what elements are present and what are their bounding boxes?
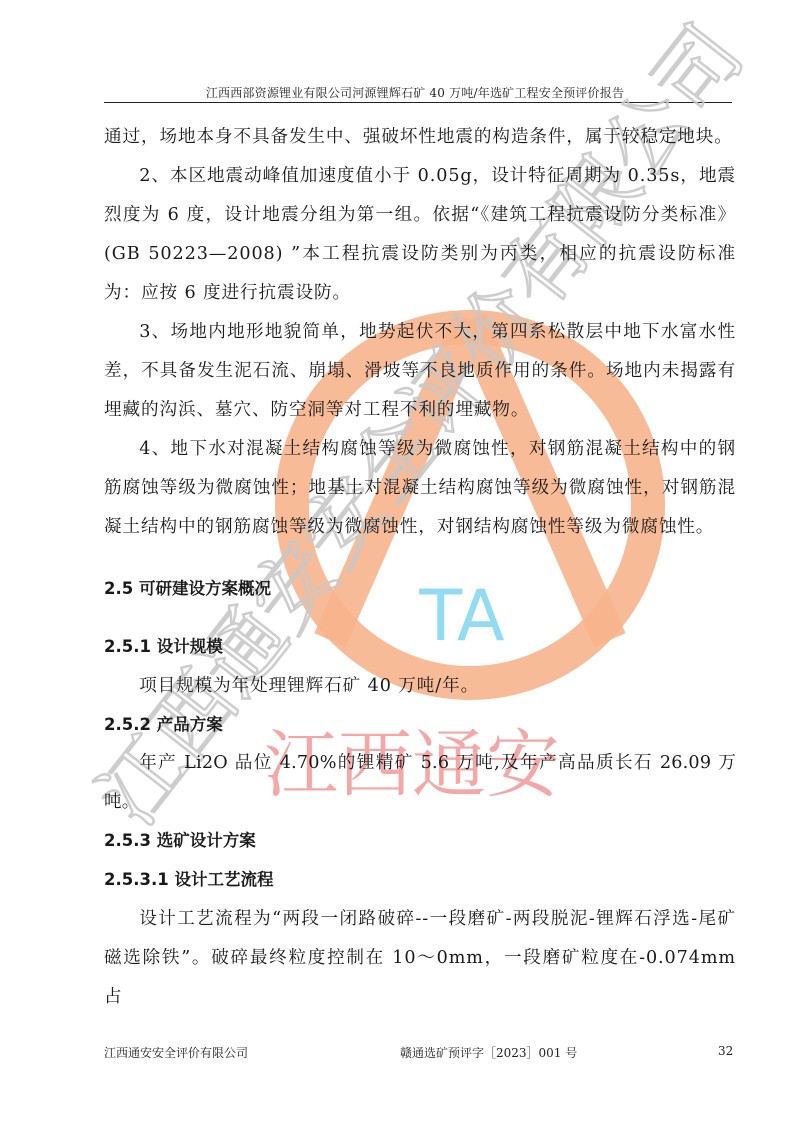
paragraph-item-3-terrain: 3、场地内地形地貌简单，地势起伏不大，第四系松散层中地下水富水性差，不具备发生泥… — [104, 313, 736, 430]
paragraph-process-flow: 设计工艺流程为“两段一闭路破碎--一段磨矿-两段脱泥-锂辉石浮选-尾矿磁选除铁”… — [104, 900, 736, 1017]
document-body: 通过，场地本身不具备发生中、强破坏性地震的构造条件，属于较稳定地块。 2、本区地… — [104, 118, 736, 1017]
paragraph-design-scale: 项目规模为年处理锂辉石矿 40 万吨/年。 — [104, 667, 736, 706]
footer-page-number: 32 — [718, 1044, 733, 1058]
heading-2-5-2: 2.5.2 产品方案 — [104, 706, 736, 744]
heading-2-5-1: 2.5.1 设计规模 — [104, 627, 736, 667]
heading-2-5: 2.5 可研建设方案概况 — [104, 569, 736, 609]
paragraph-site-stability-end: 通过，场地本身不具备发生中、强破坏性地震的构造条件，属于较稳定地块。 — [104, 118, 736, 157]
paragraph-item-2-seismic: 2、本区地震动峰值加速度值小于 0.05g，设计特征周期为 0.35s，地震烈度… — [104, 157, 736, 313]
footer-company: 江西通安安全评价有限公司 — [104, 1044, 248, 1061]
heading-2-5-3-1: 2.5.3.1 设计工艺流程 — [104, 860, 736, 900]
header-divider — [104, 102, 732, 103]
running-header: 江西西部资源锂业有限公司河源锂辉石矿 40 万吨/年选矿工程安全预评价报告 — [95, 84, 735, 101]
heading-2-5-3: 2.5.3 选矿设计方案 — [104, 822, 736, 860]
paragraph-item-4-corrosion: 4、地下水对混凝土结构腐蚀等级为微腐蚀性，对钢筋混凝土结构中的钢筋腐蚀等级为微腐… — [104, 430, 736, 547]
footer-document-number: 赣通选矿预评字［2023］001 号 — [400, 1044, 577, 1061]
paragraph-product-plan: 年产 Li2O 品位 4.70%的锂精矿 5.6 万吨,及年产高品质长石 26.… — [104, 744, 736, 822]
